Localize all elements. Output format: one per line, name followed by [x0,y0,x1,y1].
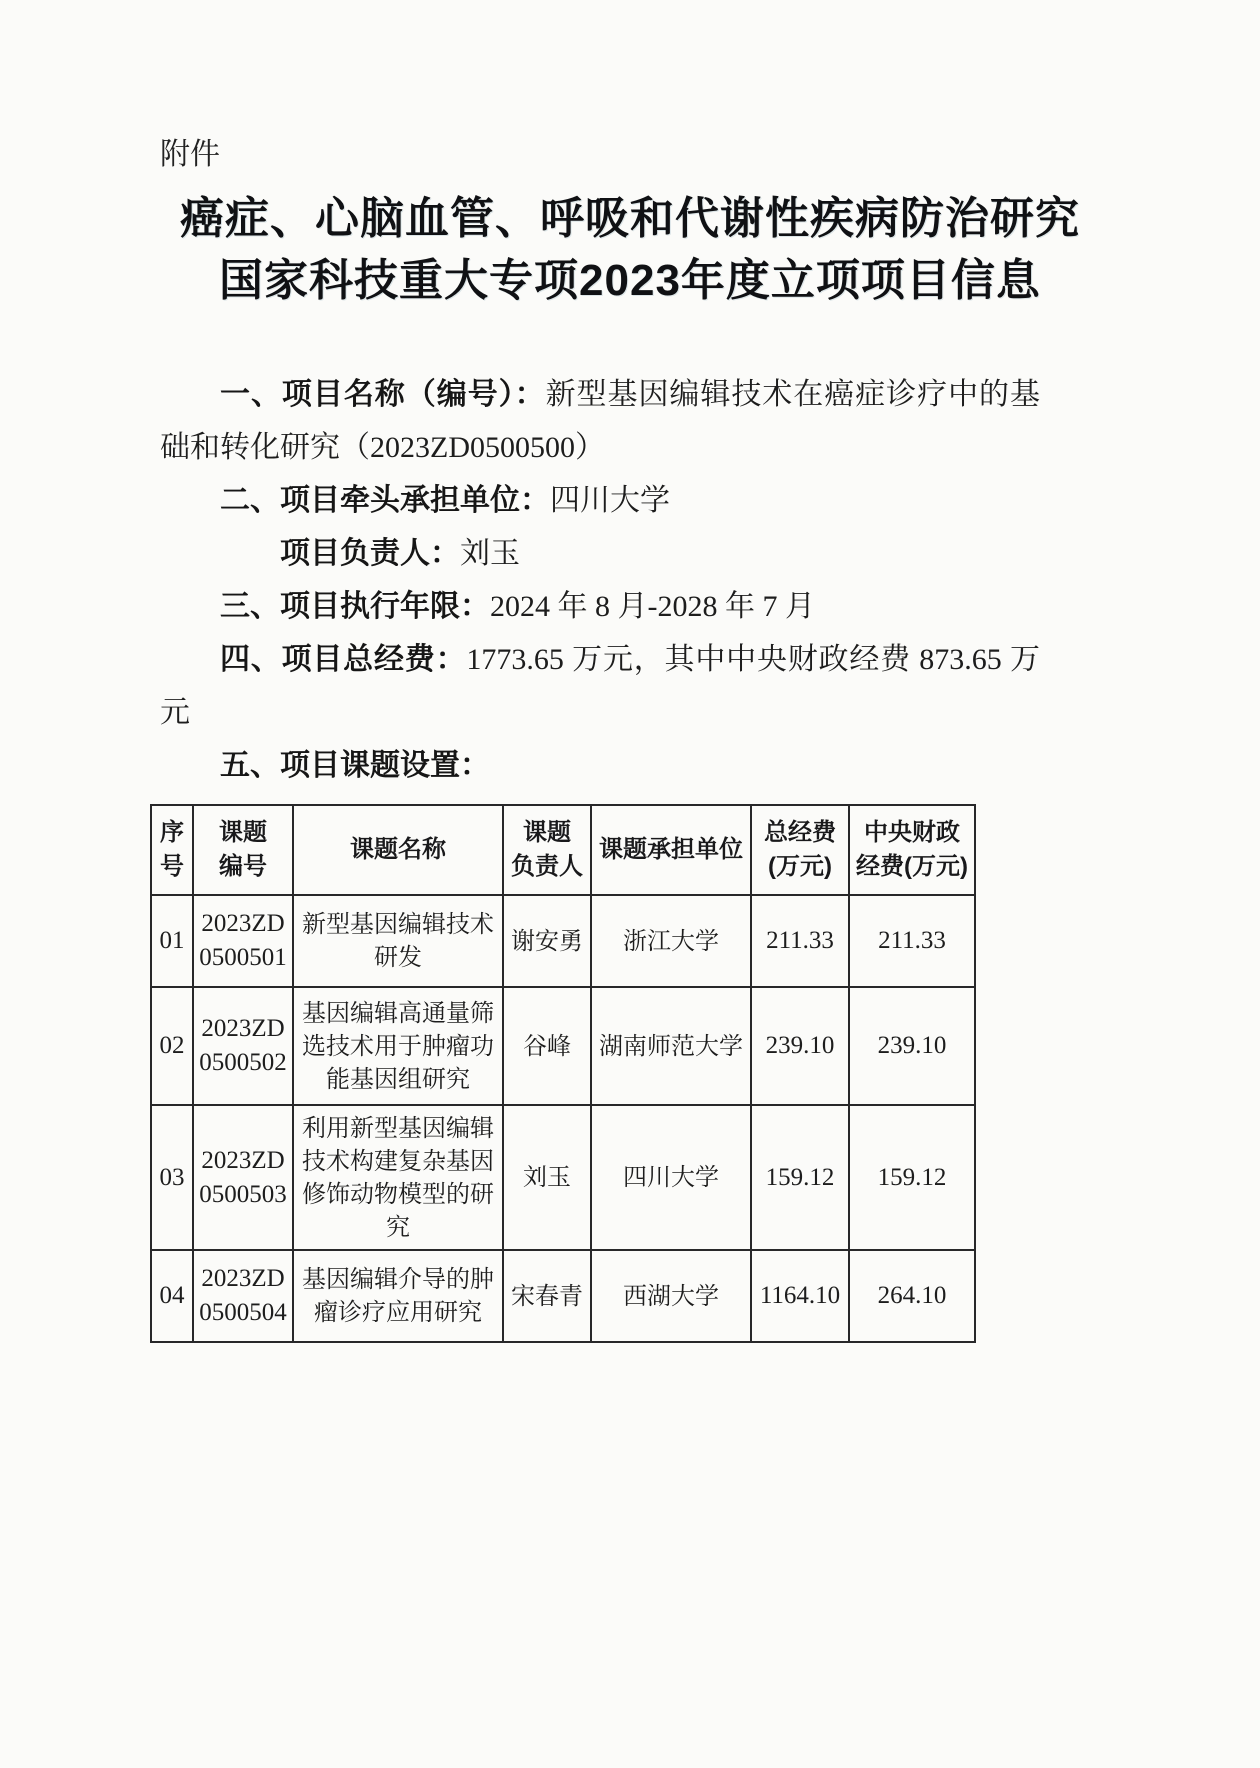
table-header-name: 课题名称 [293,805,503,895]
project-leader-value: 刘玉 [460,537,520,570]
total-budget-item: 四、项目总经费：1773.65 万元，其中中央财政经费 873.65 万元 [160,633,1040,739]
duration-value: 2024 年 8 月-2028 年 7 月 [490,590,815,623]
project-name-label: 一、项目名称（编号）： [220,378,546,411]
topics-heading-label: 五、项目课题设置： [220,749,490,782]
lead-org-item: 二、项目牵头承担单位：四川大学 [160,474,1040,527]
topic-name-cell: 基因编辑高通量筛选技术用于肿瘤功能基因组研究 [293,987,503,1105]
table-header-total: 总经费 (万元) [751,805,849,895]
topic-no-cell: 02 [151,987,193,1105]
table-header-central: 中央财政 经费(万元) [849,805,975,895]
duration-item: 三、项目执行年限：2024 年 8 月-2028 年 7 月 [160,580,1040,633]
table-header-code: 课题 编号 [193,805,293,895]
topic-no-cell: 03 [151,1105,193,1250]
document-title-line-1: 癌症、心脑血管、呼吸和代谢性疾病防治研究 [30,188,1230,250]
topic-code-cell: 2023ZD0500502 [193,987,293,1105]
duration-label: 三、项目执行年限： [220,590,490,623]
topic-central-cell: 211.33 [849,895,975,987]
document-title-line-2: 国家科技重大专项2023年度立项项目信息 [30,250,1230,312]
topic-code-cell: 2023ZD0500501 [193,895,293,987]
topic-total-cell: 1164.10 [751,1250,849,1342]
topic-central-cell: 239.10 [849,987,975,1105]
topic-org-cell: 四川大学 [591,1105,751,1250]
topic-leader-cell: 谷峰 [503,987,591,1105]
document-page: 附件 癌症、心脑血管、呼吸和代谢性疾病防治研究 国家科技重大专项2023年度立项… [0,0,1260,1768]
topic-leader-cell: 刘玉 [503,1105,591,1250]
total-budget-label: 四、项目总经费： [220,643,466,676]
table-row: 01 2023ZD0500501 新型基因编辑技术研发 谢安勇 浙江大学 211… [151,895,975,987]
topic-org-cell: 湖南师范大学 [591,987,751,1105]
topic-leader-cell: 宋春青 [503,1250,591,1342]
table-header-no: 序 号 [151,805,193,895]
topic-total-cell: 159.12 [751,1105,849,1250]
topics-table: 序 号 课题 编号 课题名称 课题 负责人 课题承担单位 总经费 (万元) 中央… [150,804,976,1343]
topic-org-cell: 浙江大学 [591,895,751,987]
topic-name-cell: 利用新型基因编辑技术构建复杂基因修饰动物模型的研究 [293,1105,503,1250]
attachment-label: 附件 [0,0,1260,174]
topic-no-cell: 04 [151,1250,193,1342]
project-leader-label: 项目负责人： [280,537,460,570]
lead-org-value: 四川大学 [550,484,670,517]
topic-code-cell: 2023ZD0500503 [193,1105,293,1250]
topic-central-cell: 264.10 [849,1250,975,1342]
document-title: 癌症、心脑血管、呼吸和代谢性疾病防治研究 国家科技重大专项2023年度立项项目信… [30,188,1230,312]
topic-central-cell: 159.12 [849,1105,975,1250]
table-row: 04 2023ZD0500504 基因编辑介导的肿瘤诊疗应用研究 宋春青 西湖大… [151,1250,975,1342]
topic-total-cell: 239.10 [751,987,849,1105]
table-row: 02 2023ZD0500502 基因编辑高通量筛选技术用于肿瘤功能基因组研究 … [151,987,975,1105]
table-header-leader: 课题 负责人 [503,805,591,895]
topic-org-cell: 西湖大学 [591,1250,751,1342]
table-row: 03 2023ZD0500503 利用新型基因编辑技术构建复杂基因修饰动物模型的… [151,1105,975,1250]
table-header-row: 序 号 课题 编号 课题名称 课题 负责人 课题承担单位 总经费 (万元) 中央… [151,805,975,895]
topic-name-cell: 新型基因编辑技术研发 [293,895,503,987]
topic-leader-cell: 谢安勇 [503,895,591,987]
topics-heading: 五、项目课题设置： [160,739,1040,792]
project-name-item: 一、项目名称（编号）：新型基因编辑技术在癌症诊疗中的基础和转化研究（2023ZD… [160,368,1040,474]
topic-name-cell: 基因编辑介导的肿瘤诊疗应用研究 [293,1250,503,1342]
topic-total-cell: 211.33 [751,895,849,987]
lead-org-label: 二、项目牵头承担单位： [220,484,550,517]
project-leader-item: 项目负责人：刘玉 [160,527,1040,580]
topic-no-cell: 01 [151,895,193,987]
table-header-org: 课题承担单位 [591,805,751,895]
document-body: 一、项目名称（编号）：新型基因编辑技术在癌症诊疗中的基础和转化研究（2023ZD… [160,368,1040,792]
topic-code-cell: 2023ZD0500504 [193,1250,293,1342]
